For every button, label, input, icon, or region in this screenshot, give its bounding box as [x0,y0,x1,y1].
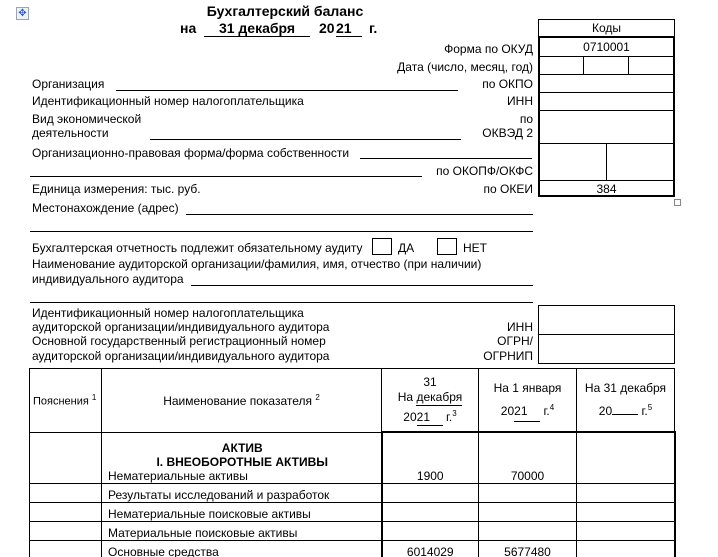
audit-no-label: НЕТ [463,241,487,255]
row-name: Материальные поисковые активы [102,521,382,540]
unit-label: Единица измерения: тыс. руб. [32,182,201,196]
auditor-name-label-2: индивидуального аудитора [32,272,184,286]
row-value-col2[interactable] [479,483,577,502]
row-value-col3[interactable] [577,540,675,557]
date-suffix: г. [369,20,377,36]
row-name: Основные средства [102,540,382,557]
audit-no-checkbox[interactable] [437,238,457,255]
header-col3-year-prefix: 20 [599,404,612,418]
codes-header-cell: Коды [538,19,675,37]
audit-yes-label: ДА [398,241,414,255]
okpo-value[interactable] [540,75,673,93]
section-title: АКТИВ [108,441,377,455]
row-value-col1[interactable] [382,502,479,521]
row-value-col3[interactable] [577,432,675,483]
okved-value[interactable] [540,111,673,144]
header-col2-sup: 4 [550,403,554,412]
table-row: Основные средства 6014029 5677480 [30,540,675,557]
header-col2-year[interactable]: 21 [514,402,540,422]
legal-form-label: Организационно-правовая форма/форма собс… [32,146,349,160]
legal-form-input-line-2[interactable] [30,176,422,177]
codes-table: 0710001 384 [538,36,675,197]
row-value-col2[interactable]: 70000 [479,432,577,483]
audit-question-label: Бухгалтерская отчетность подлежит обязат… [32,241,363,255]
address-input-line-2[interactable] [30,231,533,232]
auditor-inn-label-2: аудиторской организации/индивидуального … [32,320,329,334]
header-name-sup: 2 [315,393,319,402]
okud-value[interactable]: 0710001 [540,38,673,57]
header-col1-month: декабря [416,390,462,406]
table-move-handle-icon[interactable]: ✥ [16,7,29,20]
header-notes-sup: 1 [92,393,96,402]
legal-form-input-line[interactable] [360,158,532,159]
row-name: Нематериальные поисковые активы [102,502,382,521]
table-row: Результаты исследований и разработок [30,483,675,502]
date-day-month[interactable]: 31 декабря [204,20,310,37]
balance-table: Пояснения 1 Наименование показателя 2 31… [29,368,676,557]
header-col1: 31 На декабря 2021 г.3 [382,369,479,433]
row-notes-cell[interactable] [30,432,102,483]
header-col3: На 31 декабря 20 г.5 [577,369,675,433]
okopf-divider [606,144,607,180]
row-name: Нематериальные активы [108,469,377,483]
codes-header: Коды [539,20,674,36]
row-value-col1[interactable]: 1900 [382,432,479,483]
date-code-label: Дата (число, месяц, год) [360,60,533,74]
row-value-col3[interactable] [577,483,675,502]
auditor-inn-code-label: ИНН [460,320,533,334]
table-resize-handle-icon[interactable] [674,199,681,206]
organization-label: Организация [32,77,104,91]
row-value-col2[interactable]: 5677480 [479,540,577,557]
header-col2: На 1 января 2021 г.4 [479,369,577,433]
header-col1-day: 31 [386,375,474,390]
auditor-inn-input[interactable] [538,305,675,335]
address-input-line[interactable] [186,214,533,215]
table-row: АКТИВ I. ВНЕОБОРОТНЫЕ АКТИВЫ Нематериаль… [30,432,675,483]
audit-yes-checkbox[interactable] [372,238,392,255]
header-col3-sup: 5 [648,403,652,412]
date-divider-1 [583,57,584,74]
inn-code-label: ИНН [460,94,533,108]
date-year-prefix: 20 [319,20,335,36]
header-col2-year-prefix: 20 [501,404,514,418]
header-name-label: Наименование показателя [163,394,312,408]
auditor-name-label-1: Наименование аудиторской организации/фам… [32,257,481,271]
auditor-name-input-line-2[interactable] [30,302,533,303]
row-value-col1[interactable] [382,521,479,540]
date-prefix: на [180,20,196,36]
okved-label-2: ОКВЭД 2 [460,126,533,140]
okved-label-1: по [460,112,533,126]
row-value-col2[interactable] [479,502,577,521]
inn-value[interactable] [540,93,673,111]
date-year[interactable]: 21 [336,20,362,37]
okpo-label: по ОКПО [460,77,533,91]
row-name-cell: АКТИВ I. ВНЕОБОРОТНЫЕ АКТИВЫ Нематериаль… [102,432,382,483]
organization-input-line[interactable] [116,90,458,91]
row-name: Результаты исследований и разработок [102,483,382,502]
auditor-ogrn-label-2: аудиторской организации/индивидуального … [32,349,329,363]
header-col2-label: На 1 января [483,379,572,398]
header-col3-label: На 31 декабря [581,379,670,398]
auditor-ogrn-code-label-1: ОГРН/ [460,334,533,348]
auditor-name-input-line[interactable] [191,285,533,286]
row-value-col3[interactable] [577,521,675,540]
header-name: Наименование показателя 2 [102,369,382,433]
date-divider-2 [628,57,629,74]
table-header-row: Пояснения 1 Наименование показателя 2 31… [30,369,675,433]
row-value-col1[interactable] [382,483,479,502]
row-value-col2[interactable] [479,521,577,540]
auditor-ogrn-label-1: Основной государственный регистрационный… [32,334,326,348]
activity-input-line[interactable] [150,139,461,140]
row-value-col1[interactable]: 6014029 [382,540,479,557]
page-title: Бухгалтерский баланс [200,3,370,19]
header-col1-year-prefix: 20 [403,410,416,424]
subsection-title: I. ВНЕОБОРОТНЫЕ АКТИВЫ [108,455,377,469]
row-notes-cell[interactable] [30,540,102,557]
okei-label: по ОКЕИ [460,182,533,196]
okud-label: Форма по ОКУД [380,42,533,56]
date-code-cell[interactable] [540,57,673,75]
activity-label-2: деятельности [32,126,109,140]
header-col3-year[interactable] [612,402,638,415]
auditor-ogrn-input[interactable] [538,334,675,364]
header-notes: Пояснения 1 [30,369,102,433]
row-notes-cell[interactable] [30,483,102,502]
header-col1-year[interactable]: 21 [417,410,443,426]
row-value-col3[interactable] [577,502,675,521]
address-label: Местонахождение (адрес) [32,201,179,215]
header-col1-sup: 3 [452,409,456,418]
table-row: Нематериальные поисковые активы [30,502,675,521]
activity-label-1: Вид экономической [32,112,141,126]
row-notes-cell[interactable] [30,502,102,521]
row-notes-cell[interactable] [30,521,102,540]
auditor-inn-label-1: Идентификационный номер налогоплательщик… [32,306,304,320]
auditor-ogrn-code-label-2: ОГРНИП [460,349,533,363]
table-row: Материальные поисковые активы [30,521,675,540]
header-notes-label: Пояснения [33,396,89,408]
header-col1-na: На [398,390,413,404]
inn-label: Идентификационный номер налогоплательщик… [32,94,304,108]
okei-value[interactable]: 384 [540,181,673,197]
